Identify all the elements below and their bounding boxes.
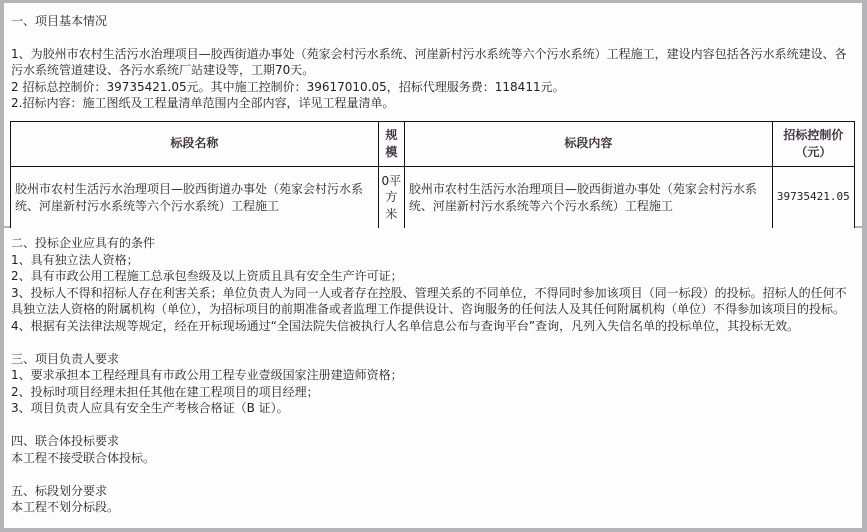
section-5: 五、标段划分要求 本工程不划分标段。 — [11, 483, 854, 516]
section-1-item-2: 2 招标总控制价：39735421.05元。其中施工控制价：39617010.0… — [11, 79, 854, 96]
spacer — [11, 334, 854, 351]
section-3-item-2: 2、投标时项目经理未担任其他在建工程项目的项目经理； — [11, 384, 854, 401]
section-2: 二、投标企业应具有的条件 1、具有独立法人资格； 2、具有市政公用工程施工总承包… — [11, 235, 854, 334]
table-row: 胶州市农村生活污水治理项目—胶西街道办事处（苑家会村污水系统、河崖新村污水系统等… — [11, 166, 855, 229]
header-scale: 规模 — [378, 121, 404, 166]
section-3-item-1: 1、要求承担本工程经理具有市政公用工程专业壹级国家注册建造师资格； — [11, 367, 854, 384]
bid-section-table: 标段名称 规模 标段内容 招标控制价（元） 胶州市农村生活污水治理项目—胶西街道… — [10, 121, 855, 230]
section-1-items: 1、为胶州市农村生活污水治理项目—胶西街道办事处（苑家会村污水系统、河崖新村污水… — [11, 46, 854, 112]
section-1-item-1: 1、为胶州市农村生活污水治理项目—胶西街道办事处（苑家会村污水系统、河崖新村污水… — [11, 46, 854, 79]
spacer — [11, 417, 854, 434]
section-2-item-4: 4、根据有关法律法规等规定，经在开标现场通过“全国法院失信被执行人名单信息公布与… — [11, 318, 854, 335]
table-header-row: 标段名称 规模 标段内容 招标控制价（元） — [11, 121, 855, 166]
section-2-title: 二、投标企业应具有的条件 — [11, 235, 854, 252]
section-1-item-3: 2.招标内容：施工图纸及工程量清单范围内全部内容，详见工程量清单。 — [11, 95, 854, 112]
document-frame: 一、项目基本情况 1、为胶州市农村生活污水治理项目—胶西街道办事处（苑家会村污水… — [0, 0, 867, 532]
section-3-item-3: 3、项目负责人应具有安全生产考核合格证（B 证）。 — [11, 400, 854, 417]
section-3: 三、项目负责人要求 1、要求承担本工程经理具有市政公用工程专业壹级国家注册建造师… — [11, 351, 854, 417]
header-section-content: 标段内容 — [404, 121, 772, 166]
section-1-title: 一、项目基本情况 — [11, 13, 854, 30]
spacer — [11, 466, 854, 483]
header-control-price: 招标控制价（元） — [772, 121, 854, 166]
section-4-title: 四、联合体投标要求 — [11, 433, 854, 450]
section-5-text: 本工程不划分标段。 — [11, 499, 854, 516]
cell-section-content: 胶州市农村生活污水治理项目—胶西街道办事处（苑家会村污水系统、河崖新村污水系统等… — [404, 166, 772, 229]
requirements-panel: 二、投标企业应具有的条件 1、具有独立法人资格； 2、具有市政公用工程施工总承包… — [4, 228, 862, 528]
cell-section-name: 胶州市农村生活污水治理项目—胶西街道办事处（苑家会村污水系统、河崖新村污水系统等… — [11, 166, 379, 229]
section-4: 四、联合体投标要求 本工程不接受联合体投标。 — [11, 433, 854, 466]
section-2-item-1: 1、具有独立法人资格； — [11, 252, 854, 269]
project-info-panel: 一、项目基本情况 1、为胶州市农村生活污水治理项目—胶西街道办事处（苑家会村污水… — [4, 3, 862, 226]
cell-scale: 0平方米 — [378, 166, 404, 229]
section-2-item-3: 3、投标人不得和招标人存在利害关系；单位负责人为同一人或者存在控股、管理关系的不… — [11, 285, 854, 318]
cell-control-price: 39735421.05 — [772, 166, 854, 229]
section-3-title: 三、项目负责人要求 — [11, 351, 854, 368]
section-5-title: 五、标段划分要求 — [11, 483, 854, 500]
header-section-name: 标段名称 — [11, 121, 379, 166]
section-2-item-2: 2、具有市政公用工程施工总承包叁级及以上资质且具有安全生产许可证； — [11, 268, 854, 285]
section-4-text: 本工程不接受联合体投标。 — [11, 450, 854, 467]
